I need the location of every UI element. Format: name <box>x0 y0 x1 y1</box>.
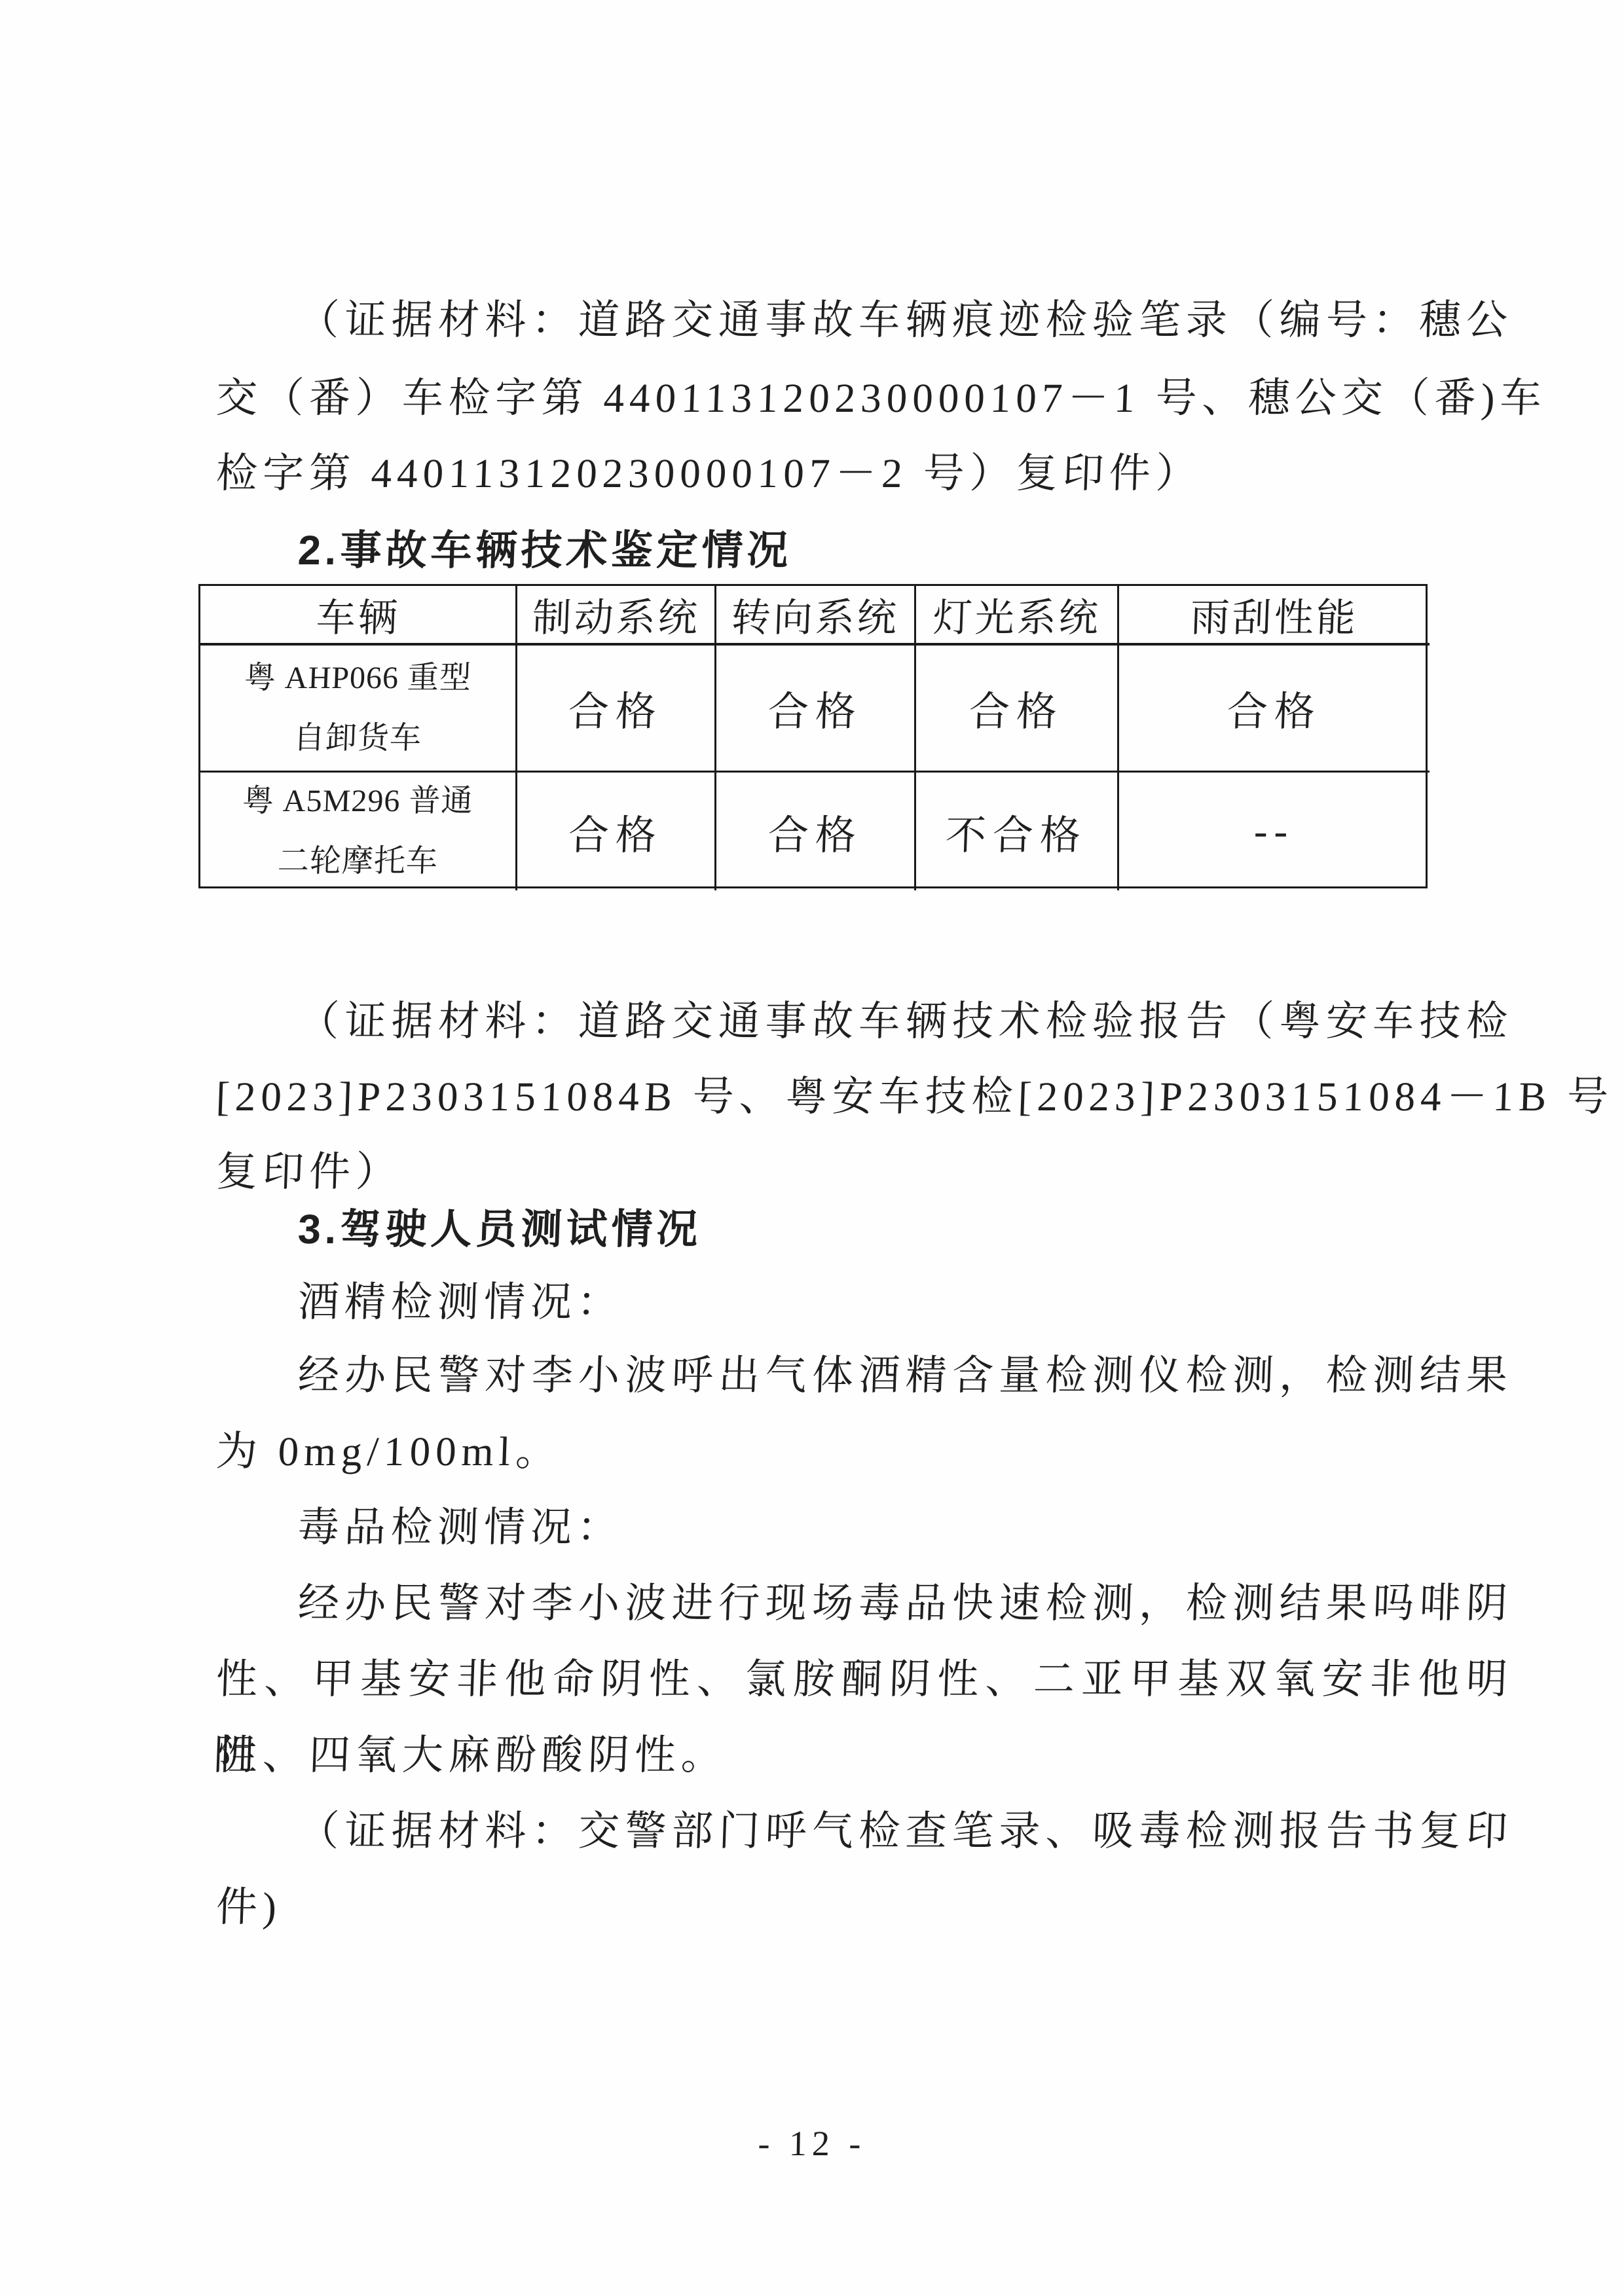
drug-test-label: 毒品检测情况： <box>297 1489 1514 1565</box>
alcohol-test-line1: 经办民警对李小波呼出气体酒精含量检测仪检测，检测结果 <box>297 1338 1514 1413</box>
drug-test-line2: 性、甲基安非他命阴性、氯胺酮阴性、二亚甲基双氧安非他明阴 <box>215 1641 1514 1717</box>
table-header-vehicle-label: 车辆 <box>315 587 401 643</box>
section2-heading: 2.事故车辆技术鉴定情况 <box>297 513 1514 589</box>
table-header-brake-label: 制动系统 <box>531 587 701 643</box>
motorcycle-name-line1: 粤 A5M296 普通 <box>242 771 475 831</box>
truck-name-line2: 自卸货车 <box>293 708 423 769</box>
table-row-truck-wiper-cell: 合格 <box>1119 646 1430 773</box>
truck-brake-result: 合格 <box>568 679 664 737</box>
motorcycle-lights-result: 不合格 <box>945 803 1088 861</box>
evidence-note3-line2: 件) <box>215 1869 1514 1945</box>
table-row-truck-steering-cell: 合格 <box>716 646 916 773</box>
truck-wiper-result: 合格 <box>1226 679 1322 737</box>
alcohol-test-line2: 为 0mg/100ml。 <box>215 1413 1514 1489</box>
table-header-vehicle: 车辆 <box>200 586 517 646</box>
evidence-note1-line2: 交（番）车检字第 440113120230000107－1 号、穗公交（番)车 <box>215 360 1514 436</box>
table-row-truck-vehicle-cell: 粤 AHP066 重型 自卸货车 <box>200 646 517 773</box>
table-row-motorcycle-wiper-cell: -- <box>1119 773 1430 890</box>
table-header-wiper: 雨刮性能 <box>1119 586 1430 646</box>
table-header-wiper-label: 雨刮性能 <box>1189 587 1359 643</box>
drug-test-line3: 性、四氧大麻酚酸阴性。 <box>215 1717 1514 1793</box>
truck-name-line1: 粤 AHP066 重型 <box>243 648 472 708</box>
evidence-note2-line2: [2023]P2303151084B 号、粤安车技检[2023]P2303151… <box>215 1059 1514 1135</box>
truck-lights-result: 合格 <box>969 679 1065 737</box>
page-number: - 12 - <box>0 2124 1624 2163</box>
evidence-note3-line1: （证据材料：交警部门呼气检查笔录、吸毒检测报告书复印 <box>297 1793 1514 1869</box>
evidence-note2-line1: （证据材料：道路交通事故车辆技术检验报告（粤安车技检 <box>297 983 1514 1059</box>
table-row-motorcycle-lights-cell: 不合格 <box>916 773 1119 890</box>
table-row-truck-lights-cell: 合格 <box>916 646 1119 773</box>
evidence-note1-line1: （证据材料：道路交通事故车辆痕迹检验笔录（编号：穗公 <box>297 282 1514 358</box>
table-header-brake: 制动系统 <box>517 586 716 646</box>
table-header-lights: 灯光系统 <box>916 586 1119 646</box>
table-header-steering-label: 转向系统 <box>730 587 900 643</box>
document-page: （证据材料：道路交通事故车辆痕迹检验笔录（编号：穗公 交（番）车检字第 4401… <box>0 0 1624 2296</box>
motorcycle-wiper-result: -- <box>1253 809 1295 855</box>
table-row-motorcycle-vehicle-cell: 粤 A5M296 普通 二轮摩托车 <box>200 773 517 890</box>
drug-test-line1: 经办民警对李小波进行现场毒品快速检测，检测结果吗啡阴 <box>297 1565 1514 1641</box>
section3-heading: 3.驾驶人员测试情况 <box>297 1192 1514 1267</box>
table-header-lights-label: 灯光系统 <box>932 587 1101 643</box>
vehicle-inspection-table: 车辆 制动系统 转向系统 灯光系统 雨刮性能 粤 AHP066 重型 自卸货车 … <box>198 584 1428 888</box>
truck-steering-result: 合格 <box>767 679 863 737</box>
motorcycle-brake-result: 合格 <box>568 803 664 861</box>
table-row-motorcycle-brake-cell: 合格 <box>517 773 716 890</box>
evidence-note1-line3: 检字第 440113120230000107－2 号）复印件） <box>215 435 1514 511</box>
table-row-truck-brake-cell: 合格 <box>517 646 716 773</box>
table-header-steering: 转向系统 <box>716 586 916 646</box>
table-row-motorcycle-steering-cell: 合格 <box>716 773 916 890</box>
motorcycle-name-line2: 二轮摩托车 <box>276 831 439 892</box>
motorcycle-steering-result: 合格 <box>767 803 863 861</box>
alcohol-test-label: 酒精检测情况： <box>297 1264 1514 1340</box>
